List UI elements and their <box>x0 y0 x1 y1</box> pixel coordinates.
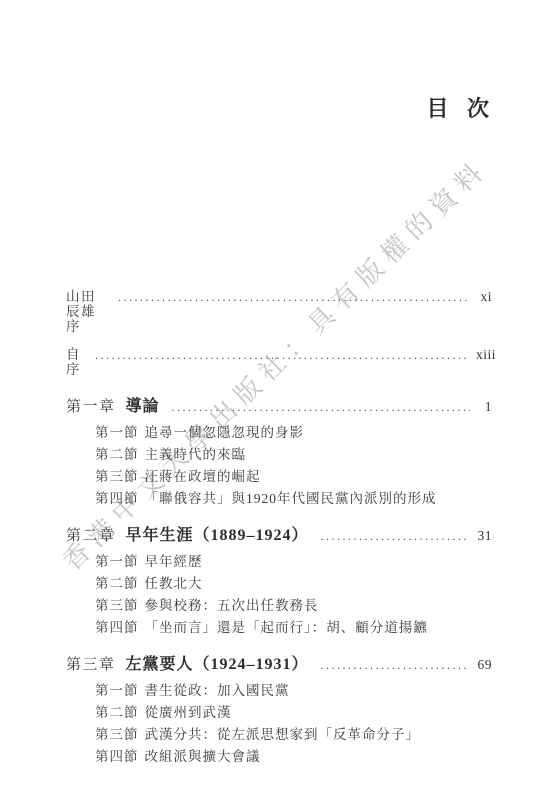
toc-entry-label: 自序 <box>66 347 83 377</box>
chapter-number: 第二章 <box>66 527 116 546</box>
toc-section-row: 第四節 「聯俄容共」與1920年代國民黨內派別的形成 <box>95 491 492 506</box>
toc-list: 山田辰雄序 ..................................… <box>66 289 492 764</box>
section-number: 第二節 <box>95 447 139 462</box>
toc-section-row: 第一節 追尋一個忽隱忽現的身影 <box>95 425 492 440</box>
toc-entry-page: 69 <box>476 655 492 674</box>
toc-chapter-row: 第二章 早年生涯（1889–1924） ....................… <box>66 526 492 546</box>
toc-entry-page: 1 <box>476 397 492 416</box>
toc-entry-label: 山田辰雄序 <box>66 289 106 334</box>
chapter-number: 第一章 <box>66 398 116 417</box>
dot-leader: ........................................… <box>321 527 470 546</box>
section-number: 第四節 <box>95 620 139 635</box>
section-title: 武漢分共：從左派思想家到「反革命分子」 <box>145 727 421 742</box>
section-number: 第一節 <box>95 554 139 569</box>
toc-section-row: 第一節 書生從政：加入國民黨 <box>95 683 492 698</box>
toc-section-row: 第四節 改組派與擴大會議 <box>95 749 492 764</box>
section-number: 第三節 <box>95 727 139 742</box>
section-number: 第一節 <box>95 425 139 440</box>
section-title: 書生從政：加入國民黨 <box>145 683 290 698</box>
section-title: 「聯俄容共」與1920年代國民黨內派別的形成 <box>145 491 437 506</box>
toc-section-row: 第四節 「坐而言」還是「起而行」：胡、顧分道揚鑣 <box>95 620 492 635</box>
section-number: 第二節 <box>95 576 139 591</box>
section-title: 改組派與擴大會議 <box>145 749 261 764</box>
toc-entry-page: 31 <box>476 526 492 545</box>
section-number: 第三節 <box>95 598 139 613</box>
section-number: 第三節 <box>95 469 139 484</box>
section-title: 追尋一個忽隱忽現的身影 <box>145 425 305 440</box>
dot-leader: ........................................… <box>95 348 470 363</box>
chapter-number: 第三章 <box>66 656 116 675</box>
section-title: 主義時代的來臨 <box>145 447 247 462</box>
toc-chapter-row: 第三章 左黨要人（1924–1931） ....................… <box>66 655 492 675</box>
section-title: 任教北大 <box>145 576 203 591</box>
book-toc-page: 香港中文大學出版社：具有版權的資料 目 次 山田辰雄序 ............… <box>0 0 555 800</box>
chapter-title: 導論 <box>126 397 160 416</box>
section-number: 第四節 <box>95 749 139 764</box>
toc-section-row: 第三節 參與校務：五次出任教務長 <box>95 598 492 613</box>
section-number: 第一節 <box>95 683 139 698</box>
toc-entry-page: xiii <box>476 347 492 362</box>
toc-section-row: 第二節 主義時代的來臨 <box>95 447 492 462</box>
toc-section-row: 第三節 武漢分共：從左派思想家到「反革命分子」 <box>95 727 492 742</box>
section-title: 「坐而言」還是「起而行」：胡、顧分道揚鑣 <box>145 620 428 635</box>
section-title: 從廣州到武漢 <box>145 705 232 720</box>
section-number: 第四節 <box>95 491 139 506</box>
toc-entry-page: xi <box>476 289 492 304</box>
toc-section-row: 第三節 汪蔣在政壇的崛起 <box>95 469 492 484</box>
page-title: 目 次 <box>426 92 491 123</box>
chapter-title: 左黨要人（1924–1931） <box>126 655 309 674</box>
toc-entry-front: 山田辰雄序 ..................................… <box>66 289 492 334</box>
toc-chapter-row: 第一章 導論 .................................… <box>66 397 492 417</box>
dot-leader: ........................................… <box>118 290 470 305</box>
toc-section-row: 第一節 早年經歷 <box>95 554 492 569</box>
chapter-title: 早年生涯（1889–1924） <box>126 526 309 545</box>
toc-section-row: 第二節 任教北大 <box>95 576 492 591</box>
section-title: 參與校務：五次出任教務長 <box>145 598 319 613</box>
section-number: 第二節 <box>95 705 139 720</box>
dot-leader: ........................................… <box>321 656 470 675</box>
section-title: 汪蔣在政壇的崛起 <box>145 469 261 484</box>
section-title: 早年經歷 <box>145 554 203 569</box>
toc-entry-front: 自序 .....................................… <box>66 347 492 377</box>
toc-section-row: 第二節 從廣州到武漢 <box>95 705 492 720</box>
dot-leader: ........................................… <box>172 398 470 417</box>
